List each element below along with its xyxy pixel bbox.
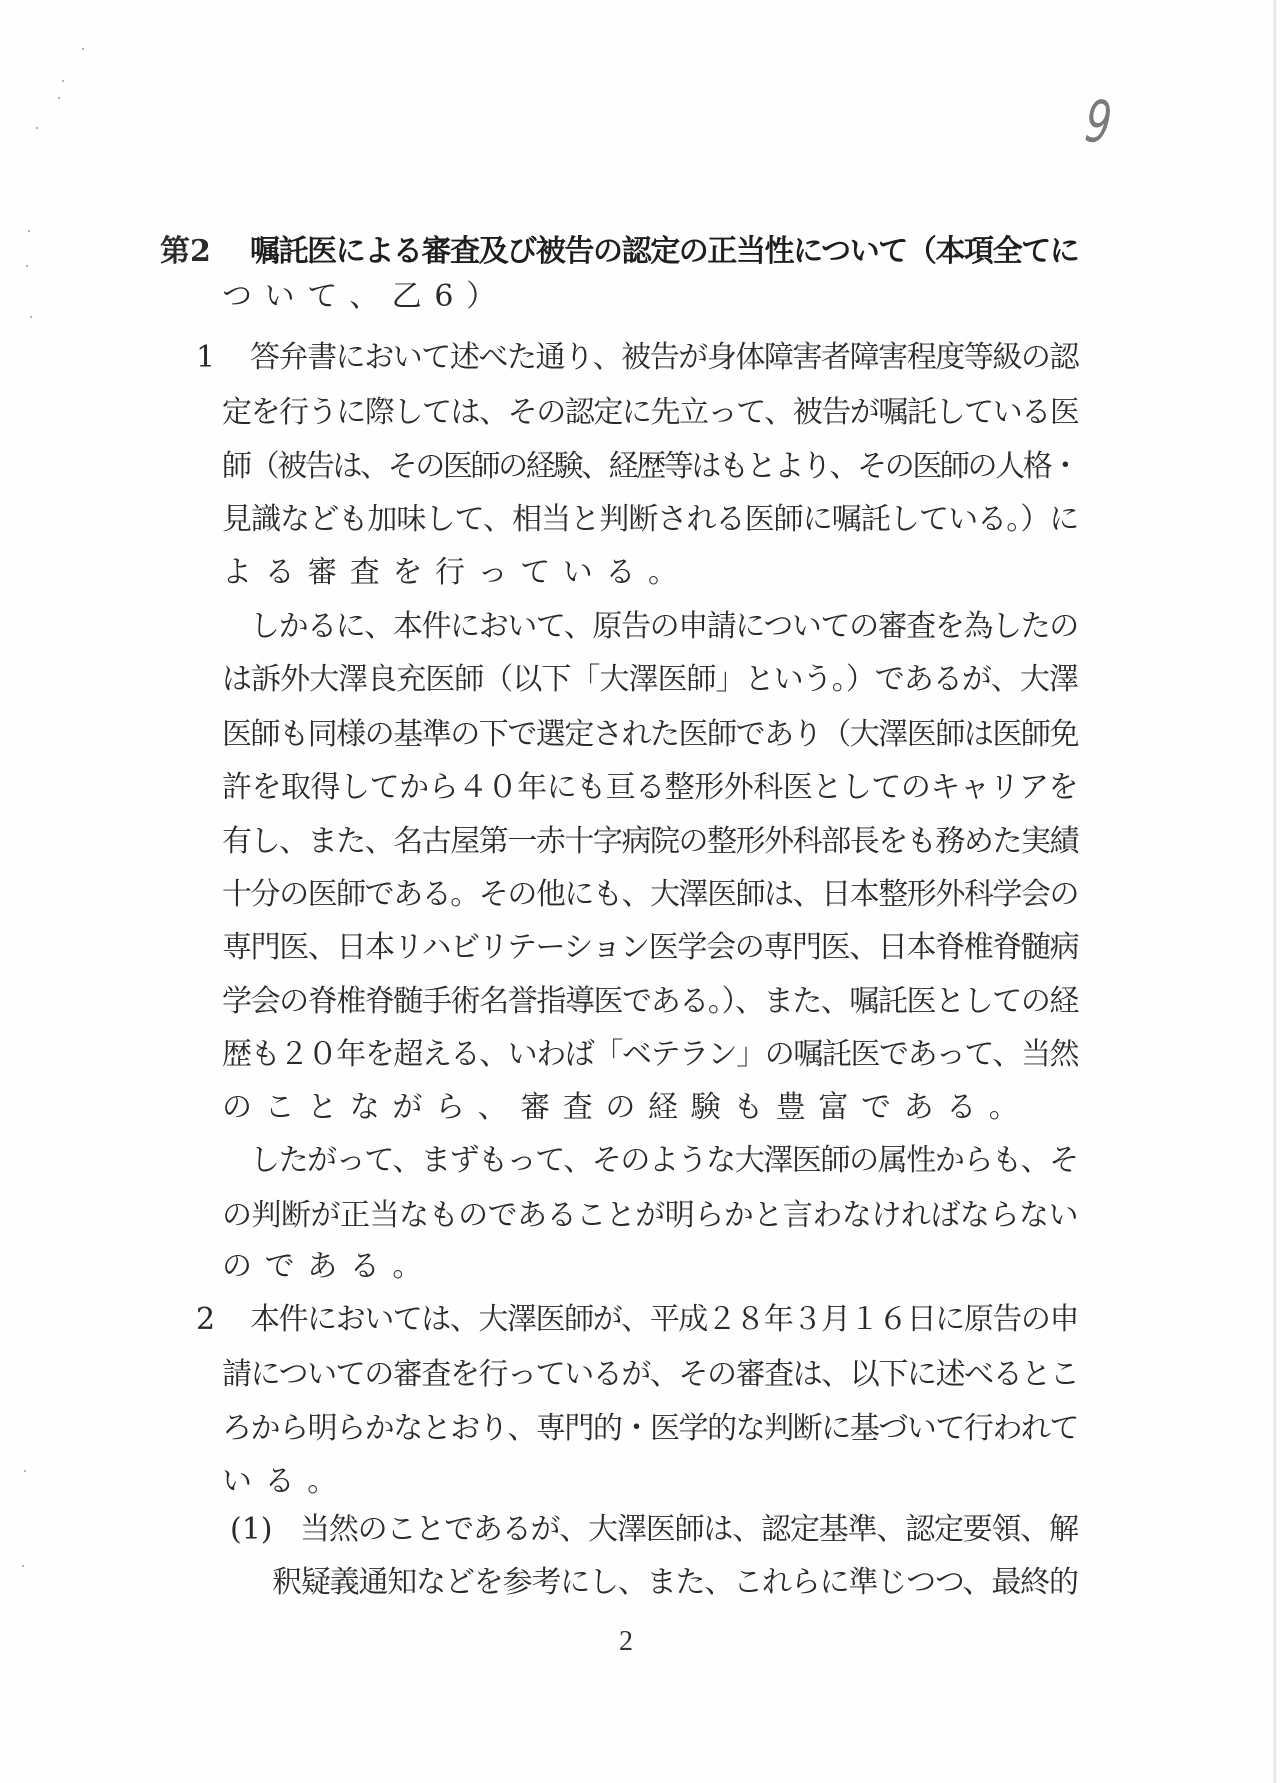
scan-speck — [36, 127, 38, 129]
body-line: のことながら、審査の経験も豊富である。 — [222, 1088, 1031, 1128]
body-line: 許を取得してから４０年にも亘る整形外科医としてのキャリアを — [222, 768, 1078, 808]
body-line: 本件においては、大澤医師が、平成２８年３月１６日に原告の申 — [250, 1300, 1078, 1340]
document-page: 9 第2 嘱託医による審査及び被告の認定の正当性について（本項全てに ついて、乙… — [0, 0, 1280, 1783]
body-line: 請についての審査を行っているが、その審査は、以下に述べるとこ — [222, 1355, 1078, 1395]
scan-speck — [28, 230, 30, 232]
body-line: 師（被告は、その医師の経験、経歴等はもとより、その医師の人格・ — [222, 447, 1078, 487]
body-line: 専門医、日本リハビリテーション医学会の専門医、日本脊椎脊髄病 — [222, 928, 1078, 968]
page-edge — [1273, 0, 1276, 1783]
scan-speck — [82, 48, 84, 50]
body-line: ろから明らかなとおり、専門的・医学的な判断に基づいて行われて — [222, 1409, 1078, 1449]
body-line: の判断が正当なものであることが明らかと言わなければならない — [222, 1196, 1078, 1236]
body-line: 釈疑義通知などを参考にし、また、これらに準じつつ、最終的 — [272, 1563, 1078, 1603]
item-number: 1 — [196, 338, 215, 378]
subitem-number: (1) — [230, 1510, 273, 1550]
body-line: しかるに、本件において、原告の申請についての審査を為したの — [250, 607, 1078, 647]
section-title-line: 嘱託医による審査及び被告の認定の正当性について（本項全てに — [250, 232, 1078, 272]
scan-speck — [26, 265, 28, 267]
handwritten-page-mark: 9 — [1082, 87, 1115, 157]
body-line: 医師も同様の基準の下で選定された医師であり（大澤医師は医師免 — [222, 715, 1078, 755]
scan-speck — [62, 80, 64, 82]
body-line: 答弁書において述べた通り、被告が身体障害者障害程度等級の認 — [250, 338, 1078, 378]
scan-speck — [30, 316, 32, 318]
body-line: したがって、まずもって、そのような大澤医師の属性からも、そ — [250, 1141, 1078, 1181]
section-title-line: ついて、乙6） — [222, 277, 509, 317]
body-line: 歴も２０年を超える、いわば「ベテラン」の嘱託医であって、当然 — [222, 1035, 1078, 1075]
section-label: 第2 — [160, 232, 211, 272]
body-line: 十分の医師である。その他にも、大澤医師は、日本整形外科学会の — [222, 875, 1078, 915]
scan-speck — [22, 1565, 24, 1567]
body-line: は訴外大澤良充医師（以下「大澤医師」という。）であるが、大澤 — [222, 660, 1078, 700]
body-line: 定を行うに際しては、その認定に先立って、被告が嘱託している医 — [222, 393, 1078, 433]
scan-speck — [58, 97, 60, 99]
body-line: 当然のことであるが、大澤医師は、認定基準、認定要領、解 — [300, 1510, 1078, 1550]
body-line: のである。 — [222, 1247, 435, 1287]
page-number: 2 — [619, 1626, 633, 1658]
scan-speck — [24, 1470, 26, 1472]
body-line: いる。 — [222, 1462, 350, 1502]
body-line: 学会の脊椎脊髄手術名誉指導医である。）、また、嘱託医としての経 — [222, 982, 1078, 1022]
body-line: 有し、また、名古屋第一赤十字病院の整形外科部長をも務めた実績 — [222, 822, 1078, 862]
body-line: よる審査を行っている。 — [222, 553, 691, 593]
body-line: 見識なども加味して、相当と判断される医師に嘱託している。）に — [222, 500, 1078, 540]
item-number: 2 — [196, 1300, 215, 1340]
